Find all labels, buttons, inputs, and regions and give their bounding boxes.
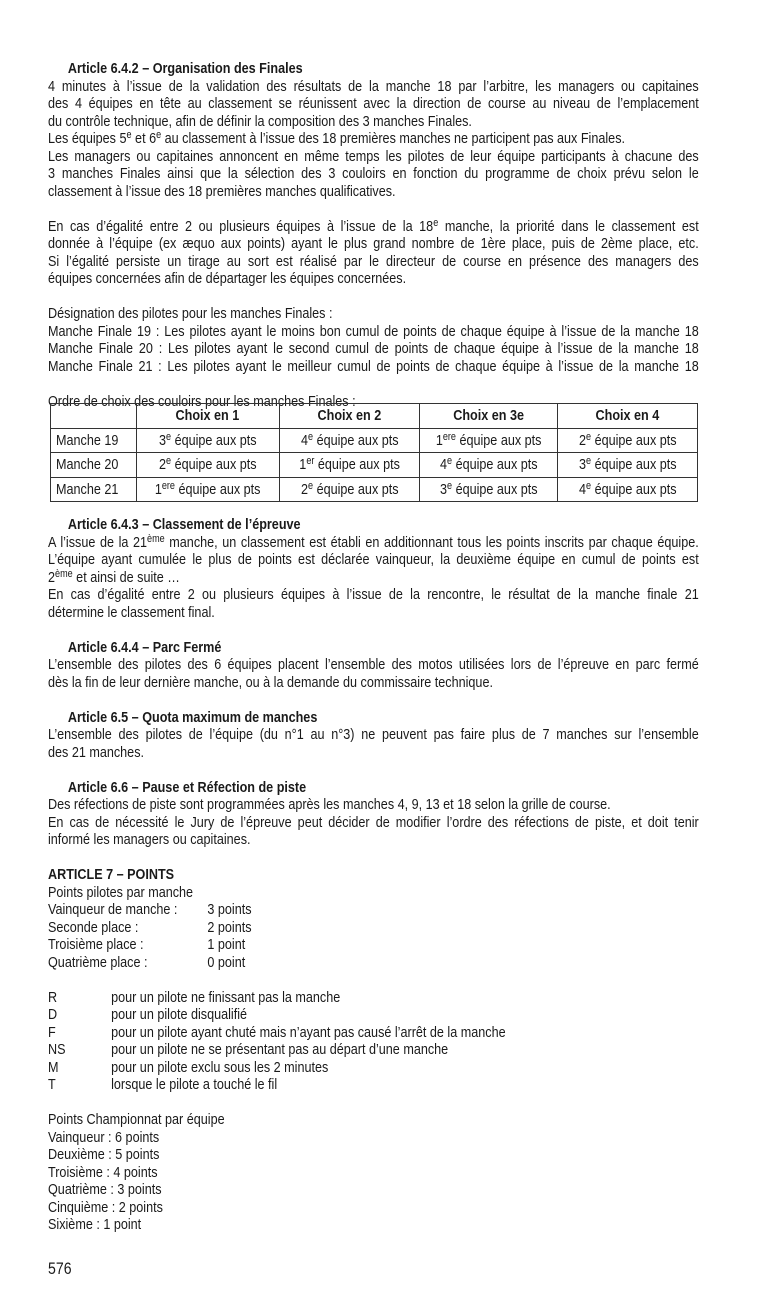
article-7-heading: ARTICLE 7 – POINTS (48, 866, 699, 884)
row-label: Manche 20 (51, 453, 137, 478)
table-cell: 1ere équipe aux pts (420, 428, 558, 453)
section-heading: Article 6.4.2 – Organisation des Finales (48, 60, 719, 78)
paragraph-line: L’ensemble des pilotes de l’équipe (du n… (48, 726, 699, 744)
paragraph-line: Si l’égalité persiste un tirage au sort … (48, 253, 699, 271)
article-6-4-3: Article 6.4.3 – Classement de l’épreuve … (48, 516, 699, 1234)
code-description: lorsque le pilote a touché le fil (111, 1076, 277, 1094)
points-label: Vainqueur de manche : (48, 901, 207, 919)
paragraph-line: 3 manches Finales ainsi que la sélection… (48, 165, 699, 183)
team-points-row: Vainqueur : 6 points (48, 1129, 699, 1147)
team-points-row: Sixième : 1 point (48, 1216, 699, 1234)
table-cell: 1er équipe aux pts (279, 453, 420, 478)
table-cell: 4e équipe aux pts (279, 428, 420, 453)
paragraph-line: En cas d’égalité entre 2 ou plusieurs éq… (48, 218, 699, 236)
table-header-row: Choix en 1Choix en 2Choix en 3eChoix en … (51, 404, 698, 429)
paragraph-line: des 21 manches. (48, 744, 699, 762)
table-cell: 2e équipe aux pts (279, 477, 420, 502)
article-6-4-2: Article 6.4.2 – Organisation des Finales… (48, 60, 699, 410)
points-label: Troisième place : (48, 936, 207, 954)
codes-list: Rpour un pilote ne finissant pas la manc… (48, 989, 699, 1094)
points-value: 0 point (207, 954, 245, 972)
paragraph-line: Les managers ou capitaines annoncent en … (48, 148, 699, 166)
code-row: Dpour un pilote disqualifié (48, 1006, 699, 1024)
lane-choice-table: Choix en 1Choix en 2Choix en 3eChoix en … (50, 403, 698, 502)
designation-line: Manche Finale 21 : Les pilotes ayant le … (48, 358, 699, 376)
paragraph-line: équipes concernées afin de départager le… (48, 270, 699, 288)
points-label: Seconde place : (48, 919, 207, 937)
row-label: Manche 19 (51, 428, 137, 453)
pilot-points-list: Vainqueur de manche :3 pointsSeconde pla… (48, 901, 699, 971)
code-letter: F (48, 1024, 111, 1042)
section-heading: Article 6.5 – Quota maximum de manches (48, 709, 719, 727)
table-cell: 2e équipe aux pts (136, 453, 279, 478)
paragraph-line: informé les managers ou capitaines. (48, 831, 699, 849)
table-cell: 3e équipe aux pts (558, 453, 698, 478)
paragraph-line: L’ensemble des pilotes des 6 équipes pla… (48, 656, 699, 674)
table-corner-cell (51, 404, 137, 429)
table-row: Manche 193e équipe aux pts4e équipe aux … (51, 428, 698, 453)
table-cell: 4e équipe aux pts (420, 453, 558, 478)
row-label: Manche 21 (51, 477, 137, 502)
paragraph-line: classement à l’issue des 18 premières ma… (48, 183, 699, 201)
code-letter: M (48, 1059, 111, 1077)
designation-line: Manche Finale 20 : Les pilotes ayant le … (48, 340, 699, 358)
section-heading: Article 6.4.4 – Parc Fermé (48, 639, 719, 657)
table-row: Manche 202e équipe aux pts1er équipe aux… (51, 453, 698, 478)
team-points-title: Points Championnat par équipe (48, 1111, 699, 1129)
table-cell: 1ere équipe aux pts (136, 477, 279, 502)
points-value: 1 point (207, 936, 245, 954)
paragraph-line: 4 minutes à l’issue de la validation des… (48, 78, 699, 96)
code-row: Rpour un pilote ne finissant pas la manc… (48, 989, 699, 1007)
code-row: Tlorsque le pilote a touché le fil (48, 1076, 699, 1094)
points-row: Troisième place :1 point (48, 936, 699, 954)
section-heading: Article 6.4.3 – Classement de l’épreuve (48, 516, 719, 534)
paragraph-line: détermine le classement final. (48, 604, 699, 622)
paragraph-line: En cas de nécessité le Jury de l’épreuve… (48, 814, 699, 832)
paragraph-line: A l’issue de la 21ème manche, un classem… (48, 534, 699, 552)
code-description: pour un pilote ayant chuté mais n’ayant … (111, 1024, 506, 1042)
table-cell: 2e équipe aux pts (558, 428, 698, 453)
table-cell: 3e équipe aux pts (420, 477, 558, 502)
code-row: Fpour un pilote ayant chuté mais n’ayant… (48, 1024, 699, 1042)
paragraph-line: des 4 équipes en tête au classement se r… (48, 95, 699, 113)
paragraph-line: dès la fin de leur dernière manche, ou à… (48, 674, 699, 692)
page-number: 576 (48, 1260, 699, 1278)
paragraph-line: Des réfections de piste sont programmées… (48, 796, 699, 814)
paragraph-line: du contrôle technique, afin de définir l… (48, 113, 699, 131)
paragraph-line: donnée à l’équipe (ex æquo aux points) a… (48, 235, 699, 253)
section-heading: Article 6.6 – Pause et Réfection de pist… (48, 779, 719, 797)
team-points-row: Cinquième : 2 points (48, 1199, 699, 1217)
team-points-row: Deuxième : 5 points (48, 1146, 699, 1164)
table-header-cell: Choix en 1 (136, 404, 279, 429)
designation-line: Manche Finale 19 : Les pilotes ayant le … (48, 323, 699, 341)
table-header-cell: Choix en 2 (279, 404, 420, 429)
team-points-list: Vainqueur : 6 pointsDeuxième : 5 pointsT… (48, 1129, 699, 1234)
table-cell: 3e équipe aux pts (136, 428, 279, 453)
points-label: Quatrième place : (48, 954, 207, 972)
code-row: Mpour un pilote exclu sous les 2 minutes (48, 1059, 699, 1077)
code-letter: T (48, 1076, 111, 1094)
team-points-row: Troisième : 4 points (48, 1164, 699, 1182)
code-description: pour un pilote disqualifié (111, 1006, 247, 1024)
paragraph-line: Les équipes 5e et 6e au classement à l’i… (48, 130, 699, 148)
paragraph-line: L’équipe ayant cumulée le plus de points… (48, 551, 699, 569)
code-description: pour un pilote exclu sous les 2 minutes (111, 1059, 328, 1077)
table-header-cell: Choix en 4 (558, 404, 698, 429)
code-letter: NS (48, 1041, 111, 1059)
paragraph-line: En cas d’égalité entre 2 ou plusieurs éq… (48, 586, 699, 604)
paragraph-line: 2ème et ainsi de suite … (48, 569, 699, 587)
table-cell: 4e équipe aux pts (558, 477, 698, 502)
points-value: 2 points (207, 919, 251, 937)
points-value: 3 points (207, 901, 251, 919)
code-letter: D (48, 1006, 111, 1024)
code-description: pour un pilote ne se présentant pas au d… (111, 1041, 448, 1059)
code-description: pour un pilote ne finissant pas la manch… (111, 989, 340, 1007)
table-row: Manche 211ere équipe aux pts2e équipe au… (51, 477, 698, 502)
points-row: Quatrième place :0 point (48, 954, 699, 972)
code-row: NSpour un pilote ne se présentant pas au… (48, 1041, 699, 1059)
team-points-row: Quatrième : 3 points (48, 1181, 699, 1199)
designation-title: Désignation des pilotes pour les manches… (48, 305, 699, 323)
points-row: Seconde place :2 points (48, 919, 699, 937)
pilot-points-title: Points pilotes par manche (48, 884, 699, 902)
table-header-cell: Choix en 3e (420, 404, 558, 429)
code-letter: R (48, 989, 111, 1007)
points-row: Vainqueur de manche :3 points (48, 901, 699, 919)
